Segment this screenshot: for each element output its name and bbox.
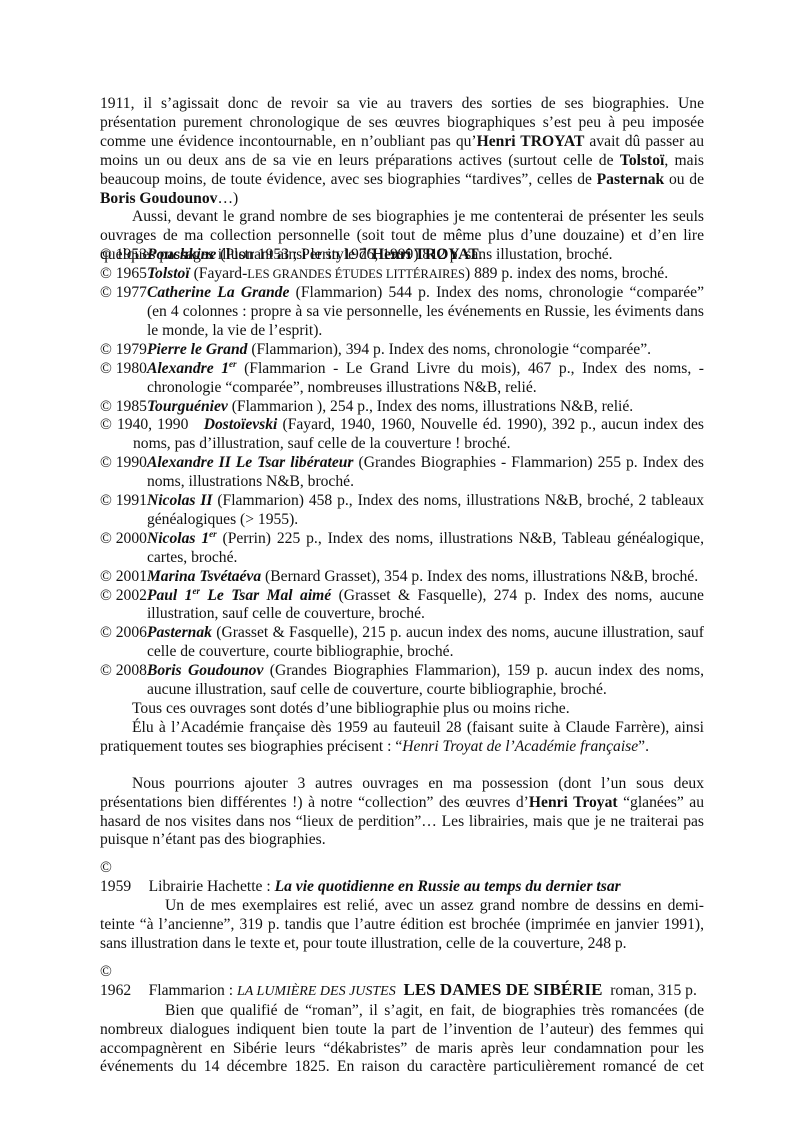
entry-title: Le Tsar Mal aimé [200, 587, 331, 604]
quote: Henri Troyat de l’Académie française [402, 738, 638, 755]
entry-year: © 1965 [100, 265, 147, 284]
bibliography-entry: © 1980 Alexandre 1er (Flammarion - Le Gr… [100, 360, 704, 398]
bold-title: Tolstoï [620, 152, 665, 169]
entry-title: Boris Goudounov [147, 662, 263, 679]
entry-year: © 1977 [100, 284, 147, 341]
bibliography-entry: © 2000 Nicolas 1er (Perrin) 225 p., Inde… [100, 530, 704, 568]
spacer [100, 850, 704, 859]
entry-title-superscript: er [229, 359, 237, 369]
bibliography-entry: © 1965 Tolstoï (Fayard-LES GRANDES ÉTUDE… [100, 265, 704, 284]
entry-title-superscript: er [192, 585, 200, 595]
other-work-heading: © 1962 Flammarion : LA LUMIÈRE DES JUSTE… [100, 963, 704, 1002]
entry-details: (Flammarion), 394 p. Index des noms, chr… [247, 341, 651, 358]
bold-title: Pasternak [597, 171, 665, 188]
text: ou de [664, 171, 704, 188]
entry-year: © 1959 [100, 859, 133, 897]
entry-details: (Bernard Grasset), 354 p. Index des noms… [261, 568, 698, 585]
entry-title: Paul 1 [147, 587, 193, 604]
bibliography-entry: © 1985 Tourguéniev (Flammarion ), 254 p.… [100, 398, 704, 417]
entry-details: (Flammarion) 458 p., Index des noms, ill… [147, 492, 704, 528]
bibliography-entry: © 2006 Pasternak (Grasset & Fasquelle), … [100, 624, 704, 662]
paragraph-bibliography-note: Tous ces ouvrages sont dotés d’une bibli… [100, 700, 704, 719]
entry-title: Nicolas II [147, 492, 213, 509]
text: Tous ces ouvrages sont dotés d’une bibli… [132, 700, 570, 717]
bibliography-list: © 1953 Pouchkine (Plon 1953 ; Perrin 197… [100, 246, 704, 700]
intro-paragraph-1: 1911, il s’agissait donc de revoir sa vi… [100, 95, 704, 208]
other-work-1962: © 1962 Flammarion : LA LUMIÈRE DES JUSTE… [100, 963, 704, 1077]
bibliography-entry: © 1977 Catherine La Grande (Flammarion) … [100, 284, 704, 341]
entry-year: © 1985 [100, 398, 147, 417]
bibliography-entry: © 2002 Paul 1er Le Tsar Mal aimé (Grasse… [100, 587, 704, 625]
bibliography-entry: © 1940, 1990 Dostoïevski (Fayard, 1940, … [100, 416, 704, 454]
text: Un de mes exemplaires est relié, avec un… [100, 897, 704, 952]
entry-title: Marina Tsvétaéva [147, 568, 261, 585]
entry-year: © 2008 [100, 662, 147, 700]
bibliography-entry: © 1953 Pouchkine (Plon 1953 ; Perrin 197… [100, 246, 704, 265]
entry-year: © 2006 [100, 624, 147, 662]
entry-publisher: Flammarion : [149, 982, 237, 999]
entry-title: Catherine La Grande [147, 284, 289, 301]
bibliography-entry: © 1990 Alexandre II Le Tsar libérateur (… [100, 454, 704, 492]
entry-details: ) 889 p. index des noms, broché. [465, 265, 668, 282]
entry-title: Pasternak [147, 624, 212, 641]
entry-year: © 1990 [100, 454, 147, 492]
entry-publisher: Librairie Hachette : [149, 878, 275, 895]
entry-title: Pouchkine [147, 246, 216, 263]
text: ”. [638, 738, 649, 755]
entry-details: (Perrin) 225 p., Index des noms, illustr… [147, 530, 704, 566]
entry-title: La vie quotidienne en Russie au temps du… [275, 878, 621, 895]
entry-details: (Plon 1953 ; Perrin 1976, 1999) 812 p. s… [216, 246, 612, 263]
entry-year: © 1979 [100, 341, 147, 360]
paragraph-other-works: Nous pourrions ajouter 3 autres ouvrages… [100, 775, 704, 851]
entry-year: © 1940, 1990 [100, 416, 188, 433]
entry-details: (Fayard- [190, 265, 248, 282]
entry-title: Tourguéniev [147, 398, 228, 415]
entry-year: © 1980 [100, 360, 147, 398]
document-page: 1911, il s’agissait donc de revoir sa vi… [100, 95, 704, 1077]
entry-title: Alexandre II Le Tsar libérateur [147, 454, 354, 471]
entry-title: Tolstoï [147, 265, 190, 282]
entry-title-superscript: er [209, 529, 217, 539]
bibliography-entry: © 1991 Nicolas II (Flammarion) 458 p., I… [100, 492, 704, 530]
entry-details: (Flammarion ), 254 p., Index des noms, i… [228, 398, 633, 415]
entry-details: roman, 315 p. [602, 982, 696, 999]
entry-year: © 1953 [100, 246, 147, 265]
bibliography-entry: © 1979 Pierre le Grand (Flammarion), 394… [100, 341, 704, 360]
spacer [100, 757, 704, 775]
author-name: Henri Troyat [529, 794, 618, 811]
text: …) [217, 190, 238, 207]
other-work-1959: © 1959 Librairie Hachette : La vie quoti… [100, 859, 704, 954]
entry-details: (Grasset & Fasquelle), 215 p. aucun inde… [147, 624, 704, 660]
entry-year: © 1962 [100, 963, 133, 1001]
entry-title: LES DAMES DE SIBÉRIE [404, 980, 603, 999]
text: Bien que qualifié de “roman”, il s’agit,… [100, 1002, 704, 1076]
entry-title: Nicolas 1 [147, 530, 209, 547]
entry-series: LES GRANDES ÉTUDES LITTÉRAIRES [247, 267, 465, 281]
entry-title: Alexandre 1 [147, 360, 229, 377]
entry-year: © 2000 [100, 530, 147, 568]
bibliography-entry: © 2001 Marina Tsvétaéva (Bernard Grasset… [100, 568, 704, 587]
author-name: Henri TROYAT [477, 133, 585, 150]
other-work-description: Bien que qualifié de “roman”, il s’agit,… [100, 1002, 704, 1078]
entry-title: Dostoïevski [204, 416, 278, 433]
entry-year: © 2002 [100, 587, 147, 625]
entry-series: LA LUMIÈRE DES JUSTES [237, 984, 396, 999]
other-work-description: Un de mes exemplaires est relié, avec un… [100, 897, 704, 954]
entry-title: Pierre le Grand [147, 341, 247, 358]
bibliography-entry: © 2008 Boris Goudounov (Grandes Biograph… [100, 662, 704, 700]
entry-year: © 1991 [100, 492, 147, 530]
other-work-heading: © 1959 Librairie Hachette : La vie quoti… [100, 859, 704, 897]
entry-year: © 2001 [100, 568, 147, 587]
paragraph-academie: Élu à l’Académie française dès 1959 au f… [100, 719, 704, 757]
bold-title: Boris Goudounov [100, 190, 217, 207]
spacer [100, 954, 704, 963]
